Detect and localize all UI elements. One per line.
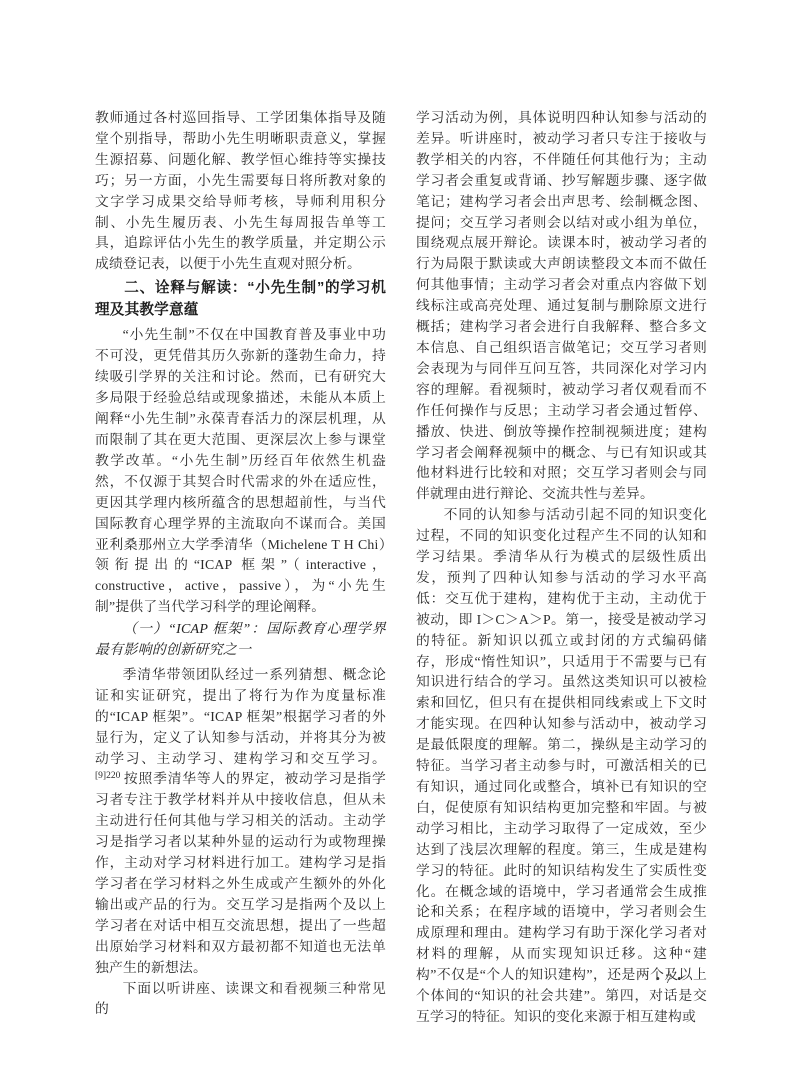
right-column: 学习活动为例，具体说明四种认知参与活动的差异。听讲座时，被动学习者只专注于接收与…	[416, 108, 707, 1028]
paragraph-intro: “小先生制”不仅在中国教育普及事业中功不可没，更凭借其历久弥新的蓬勃生命力，持续…	[95, 325, 386, 618]
paragraph-icap-levels: 不同的认知参与活动引起不同的知识变化过程，不同的知识变化过程产生不同的认知和学习…	[416, 505, 707, 1028]
subsection-heading: （一）“ICAP 框架”：国际教育心理学界最有影响的创新研究之一	[95, 620, 386, 662]
paragraph-teacher-guidance: 教师通过各村巡回指导、工学团集体指导及随堂个别指导，帮助小先生明晰职责意义，掌握…	[95, 108, 386, 275]
paragraph-examples-lead: 下面以听讲座、读课文和看视频三种常见的	[95, 979, 386, 1021]
section-heading: 二、诠释与解读：“小先生制”的学习机理及其教学意蕴	[95, 278, 386, 321]
page-number: • 7 •	[633, 971, 705, 987]
paragraph-text-before-citation: 季清华带领团队经过一系列猜想、概念论证和实证研究，提出了将行为作为度量标准的“I…	[95, 667, 386, 766]
left-column: 教师通过各村巡回指导、工学团集体指导及随堂个别指导，帮助小先生明晰职责意义，掌握…	[95, 108, 386, 1020]
paragraph-examples-continued: 学习活动为例，具体说明四种认知参与活动的差异。听讲座时，被动学习者只专注于接收与…	[416, 108, 707, 505]
scanned-paper-page: 教师通过各村巡回指导、工学团集体指导及随堂个别指导，帮助小先生明晰职责意义，掌握…	[0, 0, 800, 1077]
paragraph-icap-definitions: 季清华带领团队经过一系列猜想、概念论证和实证研究，提出了将行为作为度量标准的“I…	[95, 665, 386, 979]
citation-marker: [9]220	[95, 771, 120, 781]
paragraph-text-after-citation: 按照季清华等人的界定，被动学习是指学习者专注于教学材料并从中接收信息，但从未主动…	[95, 771, 386, 974]
